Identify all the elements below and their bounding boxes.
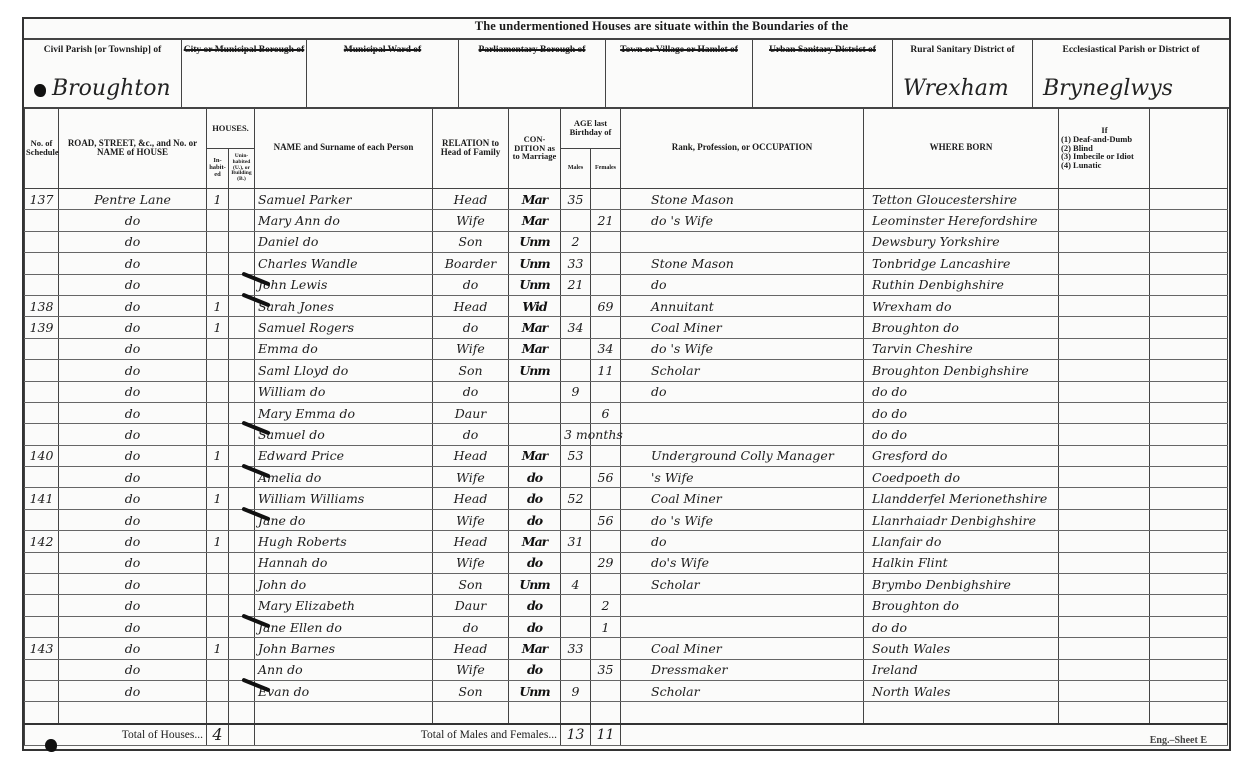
cell-female xyxy=(591,638,621,659)
cell-schedule xyxy=(25,552,59,573)
cell-born: South Wales xyxy=(864,638,1059,659)
cell-inhabited xyxy=(207,509,229,530)
cell-schedule xyxy=(25,509,59,530)
cell-relation: Wife xyxy=(433,659,509,680)
cell-occupation: do xyxy=(621,381,864,402)
condition-mark: Mar xyxy=(522,213,548,228)
totals-blank xyxy=(621,724,1228,746)
cell-blank xyxy=(1150,616,1228,637)
cell-name: Amelia do xyxy=(255,467,433,488)
cell-male: 53 xyxy=(561,445,591,466)
cell-inhabited xyxy=(207,680,229,701)
col-where-born: WHERE BORN xyxy=(864,108,1059,189)
cell-condition: do xyxy=(509,659,561,680)
cell-schedule xyxy=(25,231,59,252)
cell-name: Saml Lloyd do xyxy=(255,360,433,381)
col-inhabited: In-habit-ed xyxy=(207,149,229,189)
cell-male xyxy=(561,595,591,616)
cell-uninhabited xyxy=(229,638,255,659)
cell-female xyxy=(591,253,621,274)
cell-born: do do xyxy=(864,402,1059,423)
cell-occupation: Stone Mason xyxy=(621,253,864,274)
cell-female xyxy=(591,574,621,595)
cell-inhabited: 1 xyxy=(207,488,229,509)
cell-condition: Mar xyxy=(509,189,561,210)
cell-inhabited xyxy=(207,595,229,616)
ink-blot-icon xyxy=(45,739,57,752)
cell-name xyxy=(255,702,433,724)
cell-blank xyxy=(1150,552,1228,573)
cell-relation: Head xyxy=(433,638,509,659)
cell-uninhabited xyxy=(229,574,255,595)
cell-blank xyxy=(1150,531,1228,552)
cell-road: do xyxy=(59,574,207,595)
cell-schedule xyxy=(25,659,59,680)
cell-infirmity xyxy=(1059,360,1150,381)
cell-schedule: 138 xyxy=(25,295,59,316)
district-header-row: Civil Parish [or Township] of Broughton … xyxy=(24,38,1229,109)
cell-female xyxy=(591,680,621,701)
total-houses-label: Total of Houses... xyxy=(25,724,207,746)
cell-occupation: Stone Mason xyxy=(621,189,864,210)
cell-born: Brymbo Denbighshire xyxy=(864,574,1059,595)
cell-infirmity xyxy=(1059,574,1150,595)
cell-blank xyxy=(1150,659,1228,680)
condition-mark: Unm xyxy=(519,256,549,271)
cell-male: 35 xyxy=(561,189,591,210)
cell-uninhabited xyxy=(229,595,255,616)
cell-occupation: Scholar xyxy=(621,680,864,701)
table-row: doAmelia doWifedo56's WifeCoedpoeth do xyxy=(25,467,1228,488)
cell-infirmity xyxy=(1059,680,1150,701)
table-row: doSaml Lloyd doSonUnm11ScholarBroughton … xyxy=(25,360,1228,381)
cell-schedule: 137 xyxy=(25,189,59,210)
cell-female: 1 xyxy=(591,616,621,637)
cell-born: do do xyxy=(864,616,1059,637)
cell-inhabited xyxy=(207,210,229,231)
condition-mark: do xyxy=(527,555,542,570)
cell-occupation: Underground Colly Manager xyxy=(621,445,864,466)
cell-blank xyxy=(1150,402,1228,423)
cell-male xyxy=(561,210,591,231)
cell-name: Mary Ann do xyxy=(255,210,433,231)
cell-road: do xyxy=(59,253,207,274)
cell-male: 33 xyxy=(561,253,591,274)
cell-condition: Unm xyxy=(509,360,561,381)
cell-female xyxy=(591,317,621,338)
census-rows: 137Pentre Lane1Samuel ParkerHeadMar35Sto… xyxy=(25,189,1228,724)
cell-born: Coedpoeth do xyxy=(864,467,1059,488)
cell-uninhabited xyxy=(229,488,255,509)
district-label: City or Municipal Borough of xyxy=(184,45,305,55)
cell-schedule: 143 xyxy=(25,638,59,659)
total-houses-value: 4 xyxy=(207,724,229,746)
cell-name: Daniel do xyxy=(255,231,433,252)
cell-schedule xyxy=(25,702,59,724)
cell-born: do do xyxy=(864,381,1059,402)
cell-condition xyxy=(509,381,561,402)
condition-mark: do xyxy=(527,491,542,506)
cell-occupation: Scholar xyxy=(621,360,864,381)
cell-schedule xyxy=(25,402,59,423)
cell-schedule xyxy=(25,253,59,274)
cell-relation: Boarder xyxy=(433,253,509,274)
cell-name: William Williams xyxy=(255,488,433,509)
condition-mark: do xyxy=(527,620,542,635)
cell-name: Samuel do xyxy=(255,424,433,445)
condition-mark: Unm xyxy=(519,277,549,292)
cell-female: 6 xyxy=(591,402,621,423)
cell-male xyxy=(561,467,591,488)
table-row: doHannah doWifedo29do's WifeHalkin Flint xyxy=(25,552,1228,573)
cell-inhabited: 1 xyxy=(207,317,229,338)
cell-female: 56 xyxy=(591,509,621,530)
cell-male: 33 xyxy=(561,638,591,659)
cell-male: 31 xyxy=(561,531,591,552)
table-row: doMary Emma doDaur6do do xyxy=(25,402,1228,423)
cell-occupation: Coal Miner xyxy=(621,488,864,509)
cell-relation: Head xyxy=(433,189,509,210)
cell-born: Llanfair do xyxy=(864,531,1059,552)
cell-name: Emma do xyxy=(255,338,433,359)
district-label: Parliamentary Borough of xyxy=(479,45,586,55)
cell-relation: do xyxy=(433,317,509,338)
table-row: doEvan doSonUnm9ScholarNorth Wales xyxy=(25,680,1228,701)
table-row: doWilliam dodo9dodo do xyxy=(25,381,1228,402)
cell-inhabited xyxy=(207,360,229,381)
cell-blank xyxy=(1150,274,1228,295)
condition-mark: Mar xyxy=(522,534,548,549)
table-row: 137Pentre Lane1Samuel ParkerHeadMar35Sto… xyxy=(25,189,1228,210)
cell-schedule xyxy=(25,467,59,488)
cell-inhabited: 1 xyxy=(207,295,229,316)
col-schedule: No. of Schedule xyxy=(25,108,59,189)
caption-text: The undermentioned Houses are situate wi… xyxy=(475,19,848,33)
cell-blank xyxy=(1150,210,1228,231)
condition-mark: do xyxy=(527,513,542,528)
cell-occupation: Annuitant xyxy=(621,295,864,316)
table-row: 140do1Edward PriceHeadMar53Underground C… xyxy=(25,445,1228,466)
cell-blank xyxy=(1150,680,1228,701)
cell-condition: Mar xyxy=(509,317,561,338)
table-row: 141do1William WilliamsHeaddo52Coal Miner… xyxy=(25,488,1228,509)
cell-occupation xyxy=(621,616,864,637)
cell-inhabited xyxy=(207,253,229,274)
cell-inhabited xyxy=(207,616,229,637)
cell-infirmity xyxy=(1059,531,1150,552)
condition-mark: Unm xyxy=(519,577,549,592)
cell-condition: do xyxy=(509,488,561,509)
cell-infirmity xyxy=(1059,189,1150,210)
cell-schedule: 140 xyxy=(25,445,59,466)
cell-road: Pentre Lane xyxy=(59,189,207,210)
cell-uninhabited xyxy=(229,253,255,274)
cell-born: Leominster Herefordshire xyxy=(864,210,1059,231)
cell-blank xyxy=(1150,445,1228,466)
table-row xyxy=(25,702,1228,724)
col-road: ROAD, STREET, &c., and No. or NAME of HO… xyxy=(59,108,207,189)
district-municipal-ward: Municipal Ward of xyxy=(307,40,459,107)
cell-name: Edward Price xyxy=(255,445,433,466)
cell-road: do xyxy=(59,488,207,509)
cell-name: Sarah Jones xyxy=(255,295,433,316)
cell-uninhabited xyxy=(229,381,255,402)
cell-male: 2 xyxy=(561,231,591,252)
cell-uninhabited xyxy=(229,659,255,680)
cell-relation: Head xyxy=(433,445,509,466)
cell-male: 52 xyxy=(561,488,591,509)
condition-mark: do xyxy=(527,662,542,677)
cell-inhabited xyxy=(207,274,229,295)
cell-inhabited xyxy=(207,381,229,402)
cell-infirmity xyxy=(1059,317,1150,338)
cell-name: William do xyxy=(255,381,433,402)
cell-name: Samuel Parker xyxy=(255,189,433,210)
cell-infirmity xyxy=(1059,274,1150,295)
total-persons-label: Total of Males and Females... xyxy=(255,724,561,746)
cell-inhabited xyxy=(207,424,229,445)
cell-blank xyxy=(1150,338,1228,359)
cell-relation: Daur xyxy=(433,595,509,616)
table-row: 138do1Sarah JonesHeadWid69AnnuitantWrexh… xyxy=(25,295,1228,316)
condition-mark: Unm xyxy=(519,363,549,378)
cell-relation: Son xyxy=(433,360,509,381)
cell-occupation: do xyxy=(621,531,864,552)
cell-born: North Wales xyxy=(864,680,1059,701)
cell-name: John Lewis xyxy=(255,274,433,295)
cell-male xyxy=(561,402,591,423)
cell-condition: do xyxy=(509,552,561,573)
cell-male: 9 xyxy=(561,680,591,701)
condition-mark: Mar xyxy=(522,448,548,463)
cell-female xyxy=(591,381,621,402)
cell-uninhabited xyxy=(229,552,255,573)
cell-blank xyxy=(1150,317,1228,338)
cell-schedule xyxy=(25,338,59,359)
table-row: doDaniel doSonUnm2Dewsbury Yorkshire xyxy=(25,231,1228,252)
cell-road: do xyxy=(59,467,207,488)
cell-infirmity xyxy=(1059,467,1150,488)
cell-occupation: 's Wife xyxy=(621,467,864,488)
cell-schedule xyxy=(25,381,59,402)
cell-inhabited xyxy=(207,338,229,359)
cell-male xyxy=(561,616,591,637)
district-label: Civil Parish [or Township] of xyxy=(44,45,162,55)
cell-condition xyxy=(509,424,561,445)
cell-name: Charles Wandle xyxy=(255,253,433,274)
cell-female: 2 xyxy=(591,595,621,616)
cell-schedule: 141 xyxy=(25,488,59,509)
census-table-wrapper: No. of Schedule ROAD, STREET, &c., and N… xyxy=(24,107,1229,746)
table-row: doCharles WandleBoarderUnm33Stone MasonT… xyxy=(25,253,1228,274)
cell-relation: Son xyxy=(433,680,509,701)
cell-uninhabited xyxy=(229,360,255,381)
cell-uninhabited xyxy=(229,317,255,338)
cell-schedule xyxy=(25,574,59,595)
cell-uninhabited xyxy=(229,210,255,231)
total-males: 13 xyxy=(561,724,591,746)
cell-blank xyxy=(1150,360,1228,381)
cell-female: 34 xyxy=(591,338,621,359)
blank-cell xyxy=(229,724,255,746)
cell-male: 9 xyxy=(561,381,591,402)
cell-condition: Unm xyxy=(509,253,561,274)
cell-road: do xyxy=(59,445,207,466)
cell-relation: Wife xyxy=(433,467,509,488)
cell-condition: do xyxy=(509,509,561,530)
cell-name: Hannah do xyxy=(255,552,433,573)
cell-road: do xyxy=(59,616,207,637)
cell-inhabited: 1 xyxy=(207,445,229,466)
cell-infirmity xyxy=(1059,638,1150,659)
cell-infirmity xyxy=(1059,552,1150,573)
census-sheet: The undermentioned Houses are situate wi… xyxy=(22,17,1231,751)
cell-born: Tonbridge Lancashire xyxy=(864,253,1059,274)
cell-schedule xyxy=(25,595,59,616)
cell-infirmity xyxy=(1059,595,1150,616)
cell-infirmity xyxy=(1059,338,1150,359)
cell-schedule xyxy=(25,680,59,701)
table-row: 142do1Hugh RobertsHeadMar31doLlanfair do xyxy=(25,531,1228,552)
cell-schedule: 139 xyxy=(25,317,59,338)
district-value: Bryneglwys xyxy=(1043,76,1173,101)
district-label: Municipal Ward of xyxy=(344,45,421,55)
cell-occupation xyxy=(621,402,864,423)
condition-mark: Wid xyxy=(522,299,546,314)
cell-female: 11 xyxy=(591,360,621,381)
cell-relation: do xyxy=(433,274,509,295)
cell-blank xyxy=(1150,509,1228,530)
cell-occupation xyxy=(621,595,864,616)
col-condition: CON-DITION as to Marriage xyxy=(509,108,561,189)
cell-road: do xyxy=(59,595,207,616)
col-infirmity: If (1) Deaf-and-Dumb (2) Blind (3) Imbec… xyxy=(1059,108,1150,189)
cell-road: do xyxy=(59,509,207,530)
cell-inhabited: 1 xyxy=(207,531,229,552)
table-row: doJane Ellen dododo1do do xyxy=(25,616,1228,637)
condition-mark: Unm xyxy=(519,684,549,699)
cell-infirmity xyxy=(1059,702,1150,724)
cell-infirmity xyxy=(1059,488,1150,509)
cell-blank xyxy=(1150,488,1228,509)
table-row: doMary ElizabethDaurdo2Broughton do xyxy=(25,595,1228,616)
cell-born: Ruthin Denbighshire xyxy=(864,274,1059,295)
cell-relation: Wife xyxy=(433,509,509,530)
cell-name: Ann do xyxy=(255,659,433,680)
cell-relation: Head xyxy=(433,488,509,509)
cell-relation: Head xyxy=(433,295,509,316)
cell-road: do xyxy=(59,295,207,316)
sheet-footer-note: Eng.–Sheet E xyxy=(1150,735,1207,746)
col-relation: RELATION to Head of Family xyxy=(433,108,509,189)
cell-female xyxy=(591,274,621,295)
cell-infirmity xyxy=(1059,381,1150,402)
table-row: doJane doWifedo56do 's WifeLlanrhaiadr D… xyxy=(25,509,1228,530)
cell-male xyxy=(561,659,591,680)
cell-inhabited xyxy=(207,467,229,488)
col-blank xyxy=(1150,108,1228,189)
cell-occupation xyxy=(621,231,864,252)
cell-road: do xyxy=(59,659,207,680)
cell-infirmity xyxy=(1059,509,1150,530)
cell-relation: Daur xyxy=(433,402,509,423)
cell-relation: do xyxy=(433,616,509,637)
cell-schedule xyxy=(25,274,59,295)
cell-occupation: do 's Wife xyxy=(621,210,864,231)
cell-name: Jane Ellen do xyxy=(255,616,433,637)
condition-mark: Mar xyxy=(522,192,548,207)
cell-relation: do xyxy=(433,424,509,445)
cell-relation: Wife xyxy=(433,210,509,231)
ink-blot-icon xyxy=(34,84,46,97)
cell-relation: Wife xyxy=(433,552,509,573)
cell-name: John Barnes xyxy=(255,638,433,659)
cell-road: do xyxy=(59,381,207,402)
cell-infirmity xyxy=(1059,231,1150,252)
condition-mark: Mar xyxy=(522,320,548,335)
cell-inhabited xyxy=(207,659,229,680)
cell-inhabited: 1 xyxy=(207,189,229,210)
district-urban-sanitary: Urban Sanitary District of xyxy=(753,40,893,107)
col-houses: HOUSES. xyxy=(207,108,255,149)
district-value: Broughton xyxy=(52,76,171,101)
cell-schedule xyxy=(25,210,59,231)
cell-female xyxy=(591,231,621,252)
cell-female xyxy=(591,702,621,724)
cell-infirmity xyxy=(1059,253,1150,274)
cell-road: do xyxy=(59,274,207,295)
cell-occupation: Scholar xyxy=(621,574,864,595)
col-uninhabited: Unin-habited (U.), or Building (B.) xyxy=(229,149,255,189)
cell-female: 69 xyxy=(591,295,621,316)
cell-female xyxy=(591,189,621,210)
cell-inhabited xyxy=(207,402,229,423)
condition-mark: Mar xyxy=(522,641,548,656)
cell-road: do xyxy=(59,231,207,252)
cell-inhabited xyxy=(207,231,229,252)
cell-relation: Head xyxy=(433,531,509,552)
table-row: 143do1John BarnesHeadMar33Coal MinerSout… xyxy=(25,638,1228,659)
cell-female xyxy=(591,531,621,552)
cell-blank xyxy=(1150,467,1228,488)
condition-mark: do xyxy=(527,470,542,485)
cell-male xyxy=(561,360,591,381)
cell-schedule xyxy=(25,424,59,445)
cell-name: Evan do xyxy=(255,680,433,701)
cell-born: Tarvin Cheshire xyxy=(864,338,1059,359)
district-label: Ecclesiastical Parish or District of xyxy=(1062,45,1199,55)
condition-mark: do xyxy=(527,598,542,613)
cell-male: 21 xyxy=(561,274,591,295)
cell-relation: do xyxy=(433,381,509,402)
cell-female xyxy=(591,445,621,466)
cell-male xyxy=(561,552,591,573)
cell-inhabited xyxy=(207,574,229,595)
cell-inhabited xyxy=(207,552,229,573)
cell-relation: Son xyxy=(433,231,509,252)
cell-road: do xyxy=(59,552,207,573)
condition-mark: Mar xyxy=(522,341,548,356)
cell-infirmity xyxy=(1059,295,1150,316)
district-civil-parish: Civil Parish [or Township] of Broughton xyxy=(24,40,182,107)
cell-uninhabited xyxy=(229,531,255,552)
cell-road: do xyxy=(59,317,207,338)
cell-name: Mary Emma do xyxy=(255,402,433,423)
table-row: doMary Ann doWifeMar21do 's WifeLeominst… xyxy=(25,210,1228,231)
cell-born: Halkin Flint xyxy=(864,552,1059,573)
cell-condition: Mar xyxy=(509,338,561,359)
cell-infirmity xyxy=(1059,402,1150,423)
